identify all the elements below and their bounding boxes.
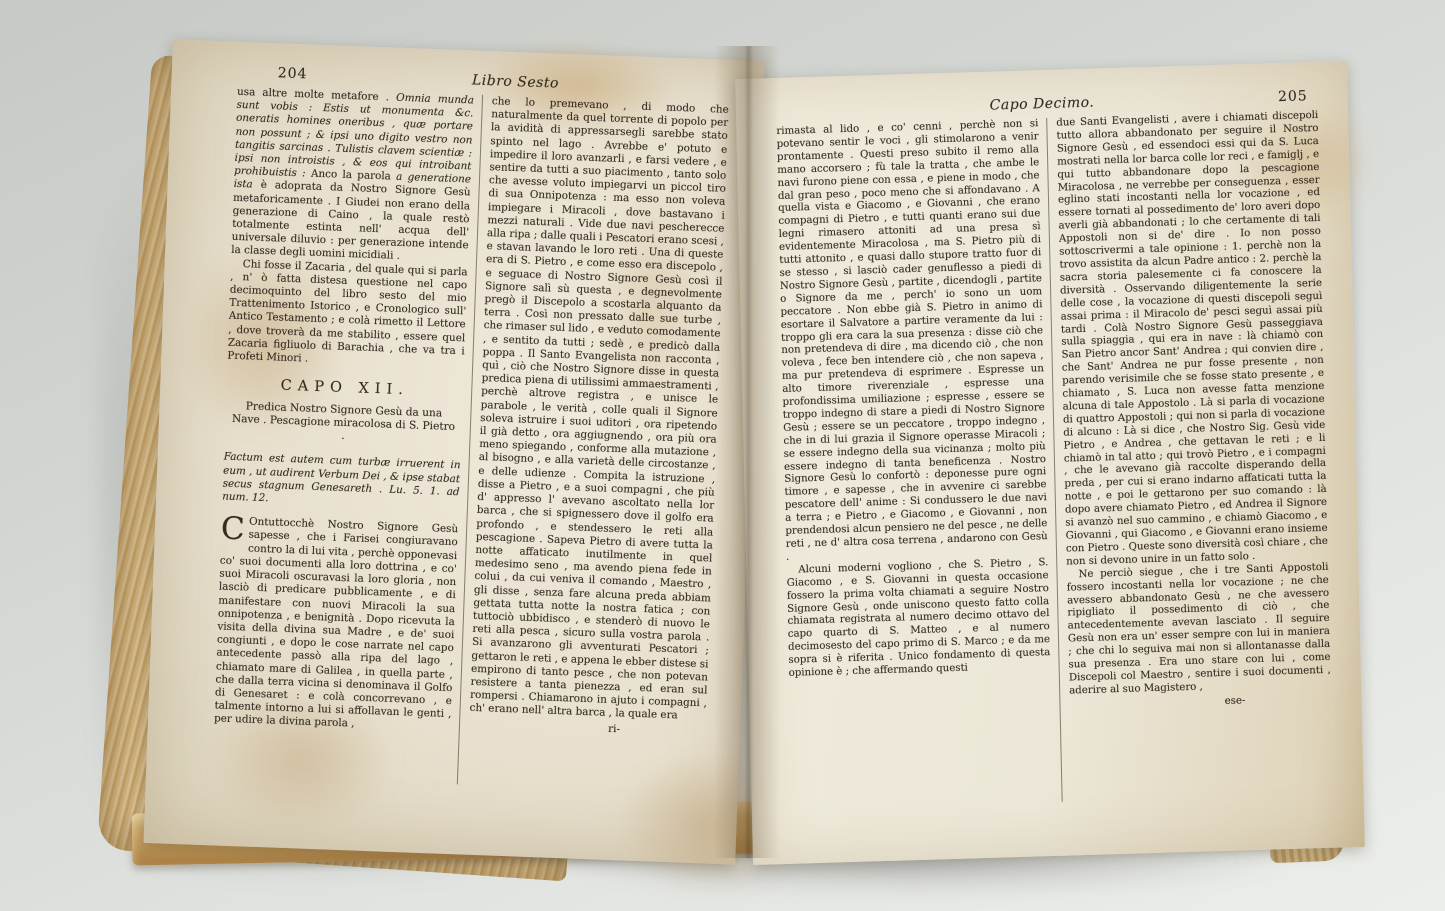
chapter-heading: CAPO XII. xyxy=(226,378,463,400)
paragraph: che lo premevano , di modo che naturalme… xyxy=(469,95,729,724)
left-page: 204 Libro Sesto usa altre molte metafore… xyxy=(143,39,764,864)
right-page-column-2: due Santi Evangelisti , avere i chiamati… xyxy=(1046,110,1333,802)
paragraph: Ne perciò siegue , che i tre Santi Appos… xyxy=(1066,562,1331,699)
open-book: 204 Libro Sesto usa altre molte metafore… xyxy=(118,6,1336,896)
photo-background: 204 Libro Sesto usa altre molte metafore… xyxy=(0,0,1445,911)
drop-cap: C xyxy=(221,515,250,543)
text-run: Ontuttocchè Nostro Signore Gesù sapesse … xyxy=(214,516,459,730)
left-page-column-2: che lo premevano , di modo che naturalme… xyxy=(457,95,729,794)
left-page-columns: usa altre molte metafore . Omnia munda s… xyxy=(146,83,763,794)
latin-epigraph: Factum est autem cum turbæ irruerent in … xyxy=(222,451,461,512)
text-run: è adoprata da Nostro Signore Gesù metafo… xyxy=(231,179,471,262)
chapter-subtitle: Predica Nostro Signore Gesù da una Nave … xyxy=(230,400,456,447)
paragraph: rimasta al lido , e co' cenni , perchè n… xyxy=(776,118,1048,564)
right-page-columns: rimasta al lido , e co' cenni , perchè n… xyxy=(736,109,1363,811)
paragraph: Chi fosse il Zacaria , del quale qui si … xyxy=(227,257,468,371)
right-page-column-1: rimasta al lido , e co' cenni , perchè n… xyxy=(776,118,1061,810)
right-page-number: 205 xyxy=(1278,88,1308,105)
paragraph: due Santi Evangelisti , avere i chiamati… xyxy=(1056,110,1328,569)
right-page-content: 205 Capo Decimo. rimasta al lido , e co'… xyxy=(735,61,1365,865)
left-page-column-1: usa altre molte metafore . Omnia munda s… xyxy=(212,86,482,785)
paragraph: COntuttocchè Nostro Signore Gesù sapesse… xyxy=(214,515,459,735)
right-page: 205 Capo Decimo. rimasta al lido , e co'… xyxy=(735,61,1365,865)
latin-quote: Omnia munda sunt vobis : Estis ut monume… xyxy=(234,92,474,180)
paragraph: Alcuni moderni vogliono , che S. Pietro … xyxy=(786,557,1051,681)
left-page-number: 204 xyxy=(277,65,307,82)
left-page-content: 204 Libro Sesto usa altre molte metafore… xyxy=(143,39,764,864)
paragraph: usa altre molte metafore . Omnia munda s… xyxy=(231,86,474,266)
